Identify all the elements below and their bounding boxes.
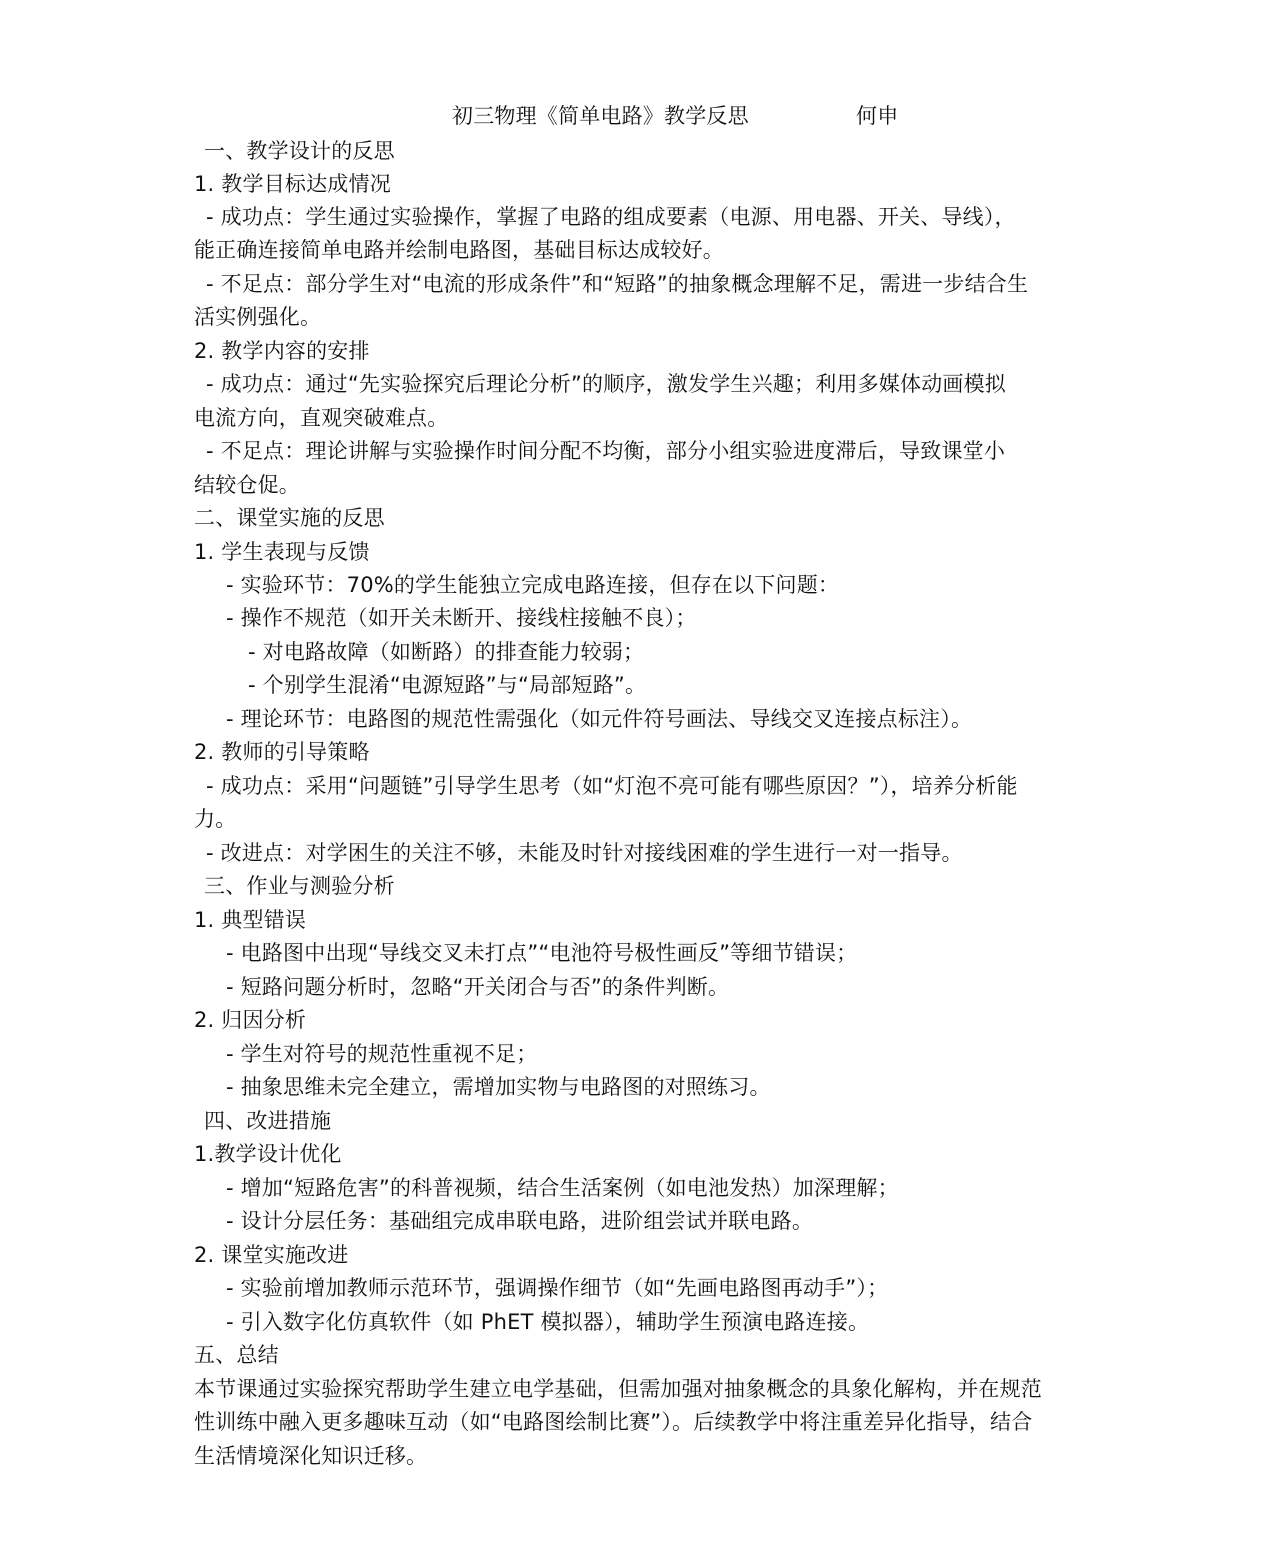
text-line-list-item: - 抽象思维未完全建立，需增加实物与电路图的对照练习。 [226,1072,771,1102]
text-line-subsection-heading: 2. 教师的引导策略 [194,737,370,767]
text-line-list-item: - 短路问题分析时，忽略“开关闭合与否”的条件判断。 [226,972,729,1002]
text-line-section-heading: 四、改进措施 [204,1106,331,1136]
text-line-list-item: - 实验环节：70%的学生能独立完成电路连接，但存在以下问题： [226,570,839,600]
text-line-paragraph: 活实例强化。 [194,302,321,332]
document-title: 初三物理《简单电路》教学反思 [452,101,749,131]
document-page: 初三物理《简单电路》教学反思 何申 一、教学设计的反思1. 教学目标达成情况 -… [0,0,1279,1553]
text-line-subsection-heading: 2. 教学内容的安排 [194,336,370,366]
text-line-list-item: - 引入数字化仿真软件（如 PhET 模拟器），辅助学生预演电路连接。 [226,1307,869,1337]
text-line-list-item: - 学生对符号的规范性重视不足； [226,1039,537,1069]
document-author: 何申 [856,101,898,131]
text-line-section-heading: 二、课堂实施的反思 [194,503,385,533]
text-line-paragraph: 性训练中融入更多趣味互动（如“电路图绘制比赛”）。后续教学中将注重差异化指导，结… [194,1407,1032,1437]
text-line-paragraph: - 不足点：部分学生对“电流的形成条件”和“短路”的抽象概念理解不足，需进一步结… [206,269,1028,299]
text-line-paragraph: - 成功点：通过“先实验探究后理论分析”的顺序，激发学生兴趣；利用多媒体动画模拟 [206,369,1006,399]
text-line-paragraph: 生活情境深化知识迁移。 [194,1441,427,1471]
text-line-subsection-heading: 1. 教学目标达成情况 [194,169,391,199]
text-line-paragraph: - 不足点：理论讲解与实验操作时间分配不均衡，部分小组实验进度滞后，导致课堂小 [206,436,1005,466]
text-line-section-heading: 三、作业与测验分析 [204,871,395,901]
text-line-subsection-heading: 2. 归因分析 [194,1005,306,1035]
text-line-subsection-heading: 1. 学生表现与反馈 [194,537,370,567]
text-line-list-item: - 增加“短路危害”的科普视频，结合生活案例（如电池发热）加深理解； [226,1173,899,1203]
text-line-subsection-heading: 1.教学设计优化 [194,1139,342,1169]
text-line-section-heading: 五、总结 [194,1340,279,1370]
text-line-paragraph: 结较仓促。 [194,470,300,500]
text-line-list-item: - 操作不规范（如开关未断开、接线柱接触不良）； [226,603,697,633]
text-line-list-item: - 实验前增加教师示范环节，强调操作细节（如“先画电路图再动手”）； [226,1273,888,1303]
text-line-subsection-heading: 2. 课堂实施改进 [194,1240,349,1270]
text-line-subsection-heading: 1. 典型错误 [194,905,306,935]
text-line-list-item: - 对电路故障（如断路）的排查能力较弱； [248,637,644,667]
text-line-paragraph: 能正确连接简单电路并绘制电路图，基础目标达成较好。 [194,235,724,265]
text-line-paragraph: 力。 [194,804,236,834]
text-line-list-item: - 设计分层任务：基础组完成串联电路，进阶组尝试并联电路。 [226,1206,813,1236]
text-line-paragraph: 电流方向，直观突破难点。 [194,403,448,433]
text-line-paragraph: 本节课通过实验探究帮助学生建立电学基础，但需加强对抽象概念的具象化解构，并在规范 [194,1374,1042,1404]
text-line-paragraph: - 成功点：学生通过实验操作，掌握了电路的组成要素（电源、用电器、开关、导线）， [206,202,1016,232]
text-line-list-item: - 理论环节：电路图的规范性需强化（如元件符号画法、导线交叉连接点标注）。 [226,704,972,734]
text-line-list-item: - 个别学生混淆“电源短路”与“局部短路”。 [248,670,646,700]
text-line-paragraph: - 成功点：采用“问题链”引导学生思考（如“灯泡不亮可能有哪些原因？”），培养分… [206,771,1018,801]
text-line-section-heading: 一、教学设计的反思 [204,136,395,166]
text-line-paragraph: - 改进点：对学困生的关注不够，未能及时针对接线困难的学生进行一对一指导。 [206,838,963,868]
text-line-list-item: - 电路图中出现“导线交叉未打点”“电池符号极性画反”等细节错误； [226,938,857,968]
